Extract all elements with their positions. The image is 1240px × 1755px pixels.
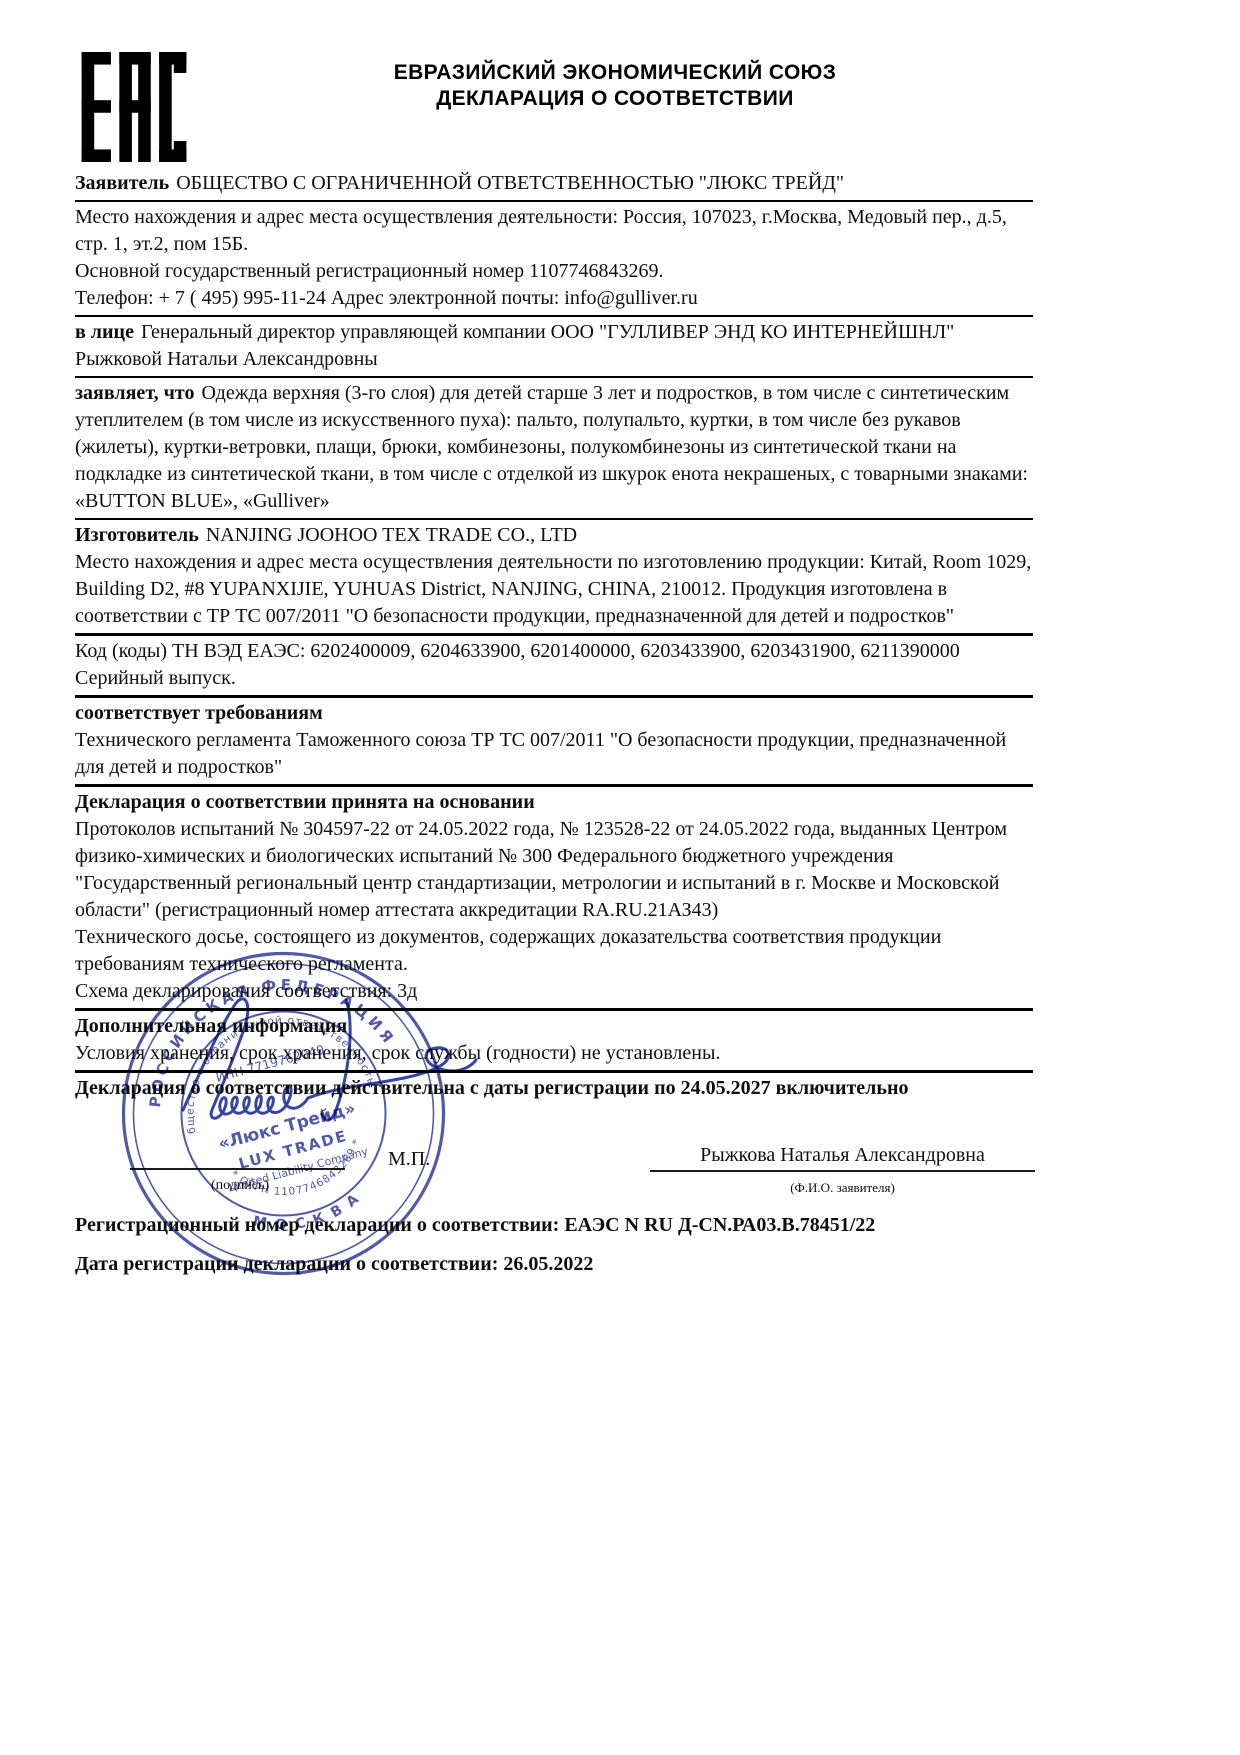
- applicant-label: Заявитель: [75, 172, 169, 194]
- title-line-1: ЕВРАЗИЙСКИЙ ЭКОНОМИЧЕСКИЙ СОЮЗ: [350, 60, 880, 86]
- document-title: ЕВРАЗИЙСКИЙ ЭКОНОМИЧЕСКИЙ СОЮЗ ДЕКЛАРАЦИ…: [350, 60, 880, 112]
- declaration-page: ЕВРАЗИЙСКИЙ ЭКОНОМИЧЕСКИЙ СОЮЗ ДЕКЛАРАЦИ…: [0, 0, 1240, 1755]
- manufacturer-value: NANJING JOOHOO TEX TRADE CO., LTD: [206, 524, 577, 546]
- applicant-fio: Рыжкова Наталья Александровна: [650, 1142, 1035, 1169]
- applicant-value: ОБЩЕСТВО С ОГРАНИЧЕННОЙ ОТВЕТСТВЕННОСТЬЮ…: [176, 172, 844, 194]
- phone-line: Телефон: + 7 ( 495) 995-11-24 Адрес элек…: [75, 285, 1033, 312]
- basis-text-1: Протоколов испытаний № 304597-22 от 24.0…: [75, 816, 1033, 924]
- declares-line: заявляет, чтоОдежда верхняя (3-го слоя) …: [75, 380, 1033, 515]
- divider: [75, 633, 1033, 636]
- person-label: в лице: [75, 321, 134, 343]
- divider: [75, 376, 1033, 378]
- divider: [75, 695, 1033, 698]
- manufacturer-line: ИзготовительNANJING JOOHOO TEX TRADE CO.…: [75, 522, 1033, 549]
- complies-text: Технического регламента Таможенного союз…: [75, 727, 1033, 781]
- applicant-line: ЗаявительОБЩЕСТВО С ОГРАНИЧЕННОЙ ОТВЕТСТ…: [75, 170, 1033, 197]
- eac-logo-icon: [80, 52, 188, 162]
- serial-line: Серийный выпуск.: [75, 665, 1033, 692]
- person-value: Генеральный директор управляющей компани…: [75, 321, 954, 370]
- declares-value: Одежда верхняя (3-го слоя) для детей ста…: [75, 382, 1028, 512]
- fio-caption: (Ф.И.О. заявителя): [650, 1174, 1035, 1201]
- divider: [75, 784, 1033, 787]
- divider: [75, 200, 1033, 202]
- divider: [75, 518, 1033, 520]
- tnved-line: Код (коды) ТН ВЭД ЕАЭС: 6202400009, 6204…: [75, 638, 1033, 665]
- basis-label: Декларация о соответствии принята на осн…: [75, 789, 1033, 816]
- ogrn-line: Основной государственный регистрационный…: [75, 258, 1033, 285]
- applicant-address: Место нахождения и адрес места осуществл…: [75, 204, 1033, 258]
- manufacturer-address: Место нахождения и адрес места осуществл…: [75, 549, 1033, 630]
- divider: [75, 315, 1033, 317]
- declares-label: заявляет, что: [75, 382, 194, 404]
- title-line-2: ДЕКЛАРАЦИЯ О СООТВЕТСТВИИ: [350, 86, 880, 112]
- person-line: в лицеГенеральный директор управляющей к…: [75, 319, 1033, 373]
- fio-line: [650, 1170, 1035, 1172]
- signature-scribble: [158, 982, 488, 1152]
- complies-label: соответствует требованиям: [75, 700, 1033, 727]
- manufacturer-label: Изготовитель: [75, 524, 199, 546]
